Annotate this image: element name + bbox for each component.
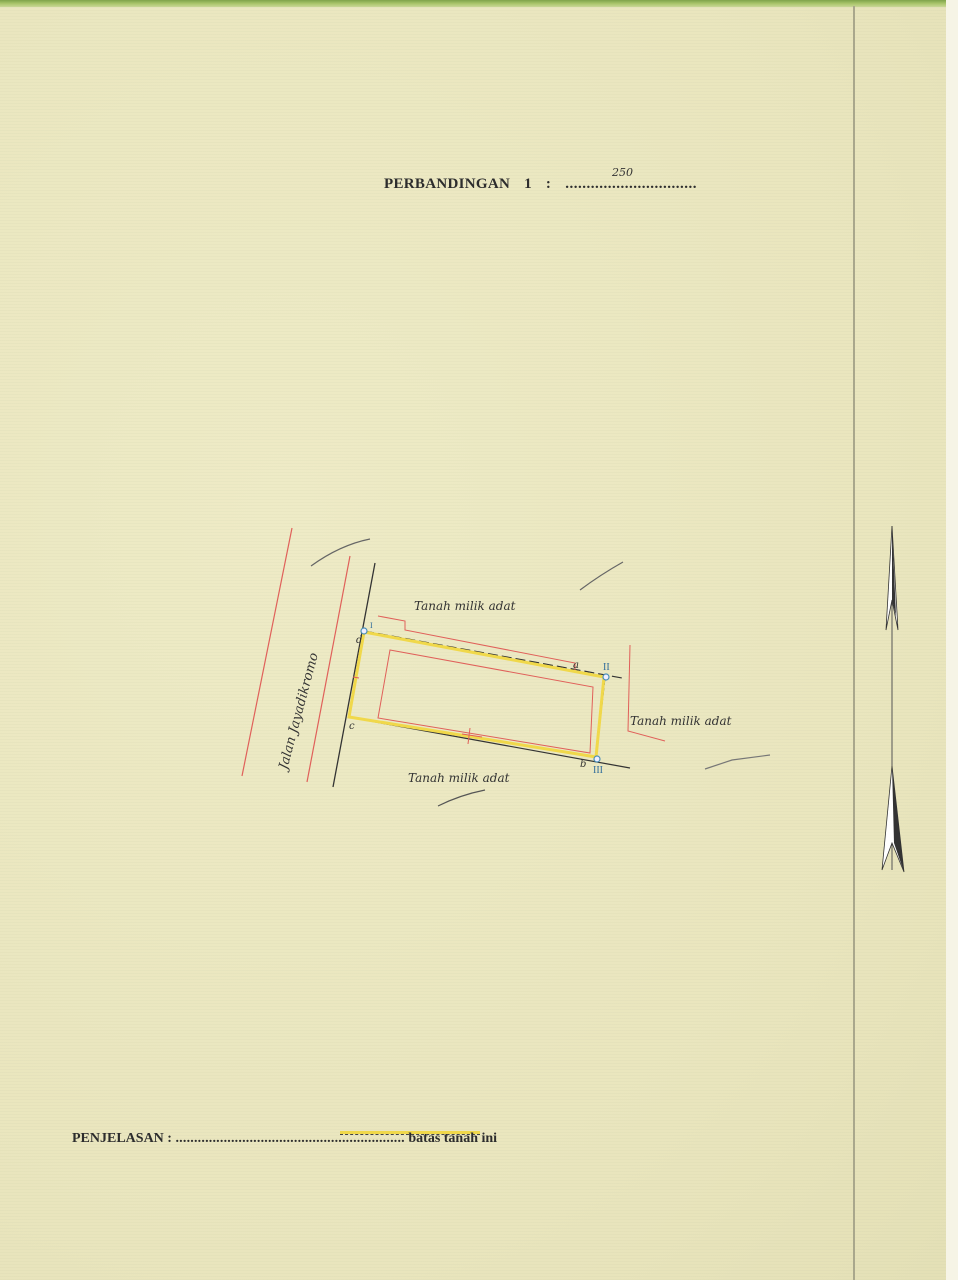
point-label: II: [603, 662, 610, 673]
point-III: [594, 756, 600, 762]
building-outline: [378, 650, 593, 753]
explanation-label: PENJELASAN :: [72, 1131, 172, 1146]
explanation-line: PENJELASAN : ...........................…: [72, 1131, 497, 1147]
point-I: [361, 628, 367, 634]
parcel-boundary: [349, 632, 604, 757]
point-label: III: [593, 765, 603, 776]
neighbor-label-north: Tanah milik adat: [414, 599, 516, 613]
corner-letter: a: [573, 660, 579, 671]
corner-letter: d: [356, 635, 362, 646]
north-arrow-icon: [882, 526, 904, 872]
road-label: Jalan Jayadikromo: [276, 651, 322, 774]
explanation-suffix: batas tanah ini: [408, 1131, 497, 1146]
explanation-dots: ........................................…: [175, 1131, 404, 1146]
point-label: I: [370, 621, 373, 630]
land-map-sketch: Jalan Jayadikromo I II III a b c d Tanah…: [0, 0, 958, 1280]
corner-letter: b: [580, 759, 586, 770]
neighbor-label-east: Tanah milik adat: [630, 714, 732, 728]
corner-letter: c: [349, 721, 355, 732]
neighbor-label-south: Tanah milik adat: [408, 771, 510, 785]
point-II: [603, 674, 609, 680]
